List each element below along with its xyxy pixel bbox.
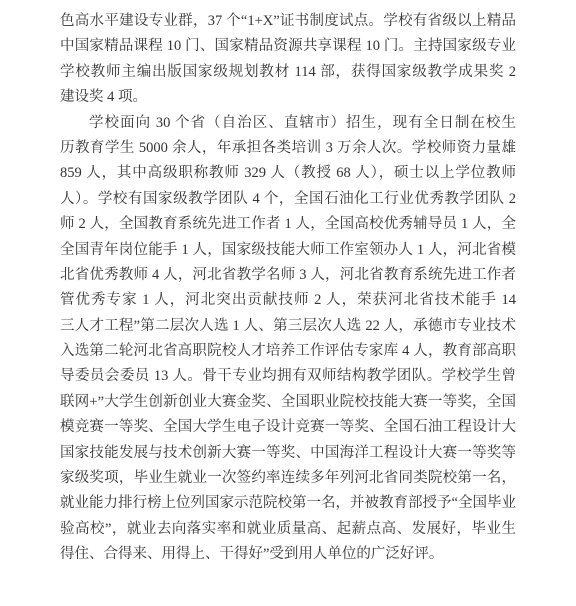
text-line: 人）。学校有国家级教学团队 4 个，全国石油化工行业优秀教学团队 2 个，全国优… bbox=[60, 187, 516, 212]
document-page: 色高水平建设专业群，37 个“1+X”证书制度试点。学校有省级以上精品课程 25… bbox=[0, 0, 576, 606]
text-line: 联网+”大学生创新创业大赛金奖、全国职业院校技能大赛一等奖，全国大学生数学建 bbox=[60, 390, 516, 415]
text-line: 就业能力排行榜上位列国家示范院校第一名，并被教育部授予“全国毕业生就业典型经 bbox=[60, 491, 516, 516]
text-line: 学校教师主编出版国家级规划教材 114 部，获得国家级教学成果奖 2 项、国家优… bbox=[60, 60, 516, 85]
text-line: 学校面向 30 个省（自治区、直辖市）招生，现有全日制在校生 13376 人，成… bbox=[60, 111, 516, 136]
text-line: 859 人，其中高级职称教师 329 人（教授 68 人），硕士以上学位教师 6… bbox=[60, 161, 516, 186]
text-line: 色高水平建设专业群，37 个“1+X”证书制度试点。学校有省级以上精品课程 25… bbox=[60, 9, 516, 34]
text-line: 导委员会委员 13 人。骨干专业均拥有双师结构教学团队。学校学生曾获中国国际“互 bbox=[60, 364, 516, 389]
text-line: 三人才工程”第二层次人选 1 人、第三层次人选 22 人，承德市专业技术拔尖人才… bbox=[60, 314, 516, 339]
text-line: 历教育学生 5000 余人，年承担各类培训 3 万余人次。学校师资力量雄厚，现有… bbox=[60, 136, 516, 161]
text-line: 北省优秀教师 4 人，河北省教学名师 3 人，河北省教育系统先进工作者 2 人，… bbox=[60, 263, 516, 288]
text-line: 师 2 人，全国教育系统先进工作者 1 人，全国高校优秀辅导员 1 人，全国技术… bbox=[60, 212, 516, 237]
text-line: 验高校”，就业去向落实率和就业质量高、起薪点高、发展好，毕业生以“下得去、留 bbox=[60, 517, 516, 542]
text-line: 入选第二轮河北省高职院校人才培养工作评估专家库 4 人，教育部高职高专专业教学指 bbox=[60, 339, 516, 364]
text-line: 模竞赛一等奖、全国大学生电子设计竞赛一等奖、全国石油工程设计大赛一等奖、金砖 bbox=[60, 415, 516, 440]
text-line: 中国家精品课程 10 门、国家精品资源共享课程 10 门。主持国家级专业教学资源… bbox=[60, 34, 516, 59]
text-line: 管优秀专家 1 人，河北突出贡献技师 2 人，荣获河北省技术能手 14 人，河北… bbox=[60, 288, 516, 313]
text-line: 国家技能发展与技术创新大赛一等奖、中国海洋工程设计大赛一等奖等百余项冠军和国 bbox=[60, 441, 516, 466]
text-line: 得住、合得来、用得上、干得好”受到用人单位的广泛好评。 bbox=[60, 542, 516, 567]
text-line: 全国青年岗位能手 1 人，国家级技能大师工作室领办人 1 人，河北省模范教师 3… bbox=[60, 238, 516, 263]
document-text-block: 色高水平建设专业群，37 个“1+X”证书制度试点。学校有省级以上精品课程 25… bbox=[60, 9, 516, 568]
text-line: 建设奖 4 项。 bbox=[60, 85, 516, 110]
text-line: 家级奖项，毕业生就业一次签约率连续多年列河北省同类院校第一名，曾在“麦可思” bbox=[60, 466, 516, 491]
